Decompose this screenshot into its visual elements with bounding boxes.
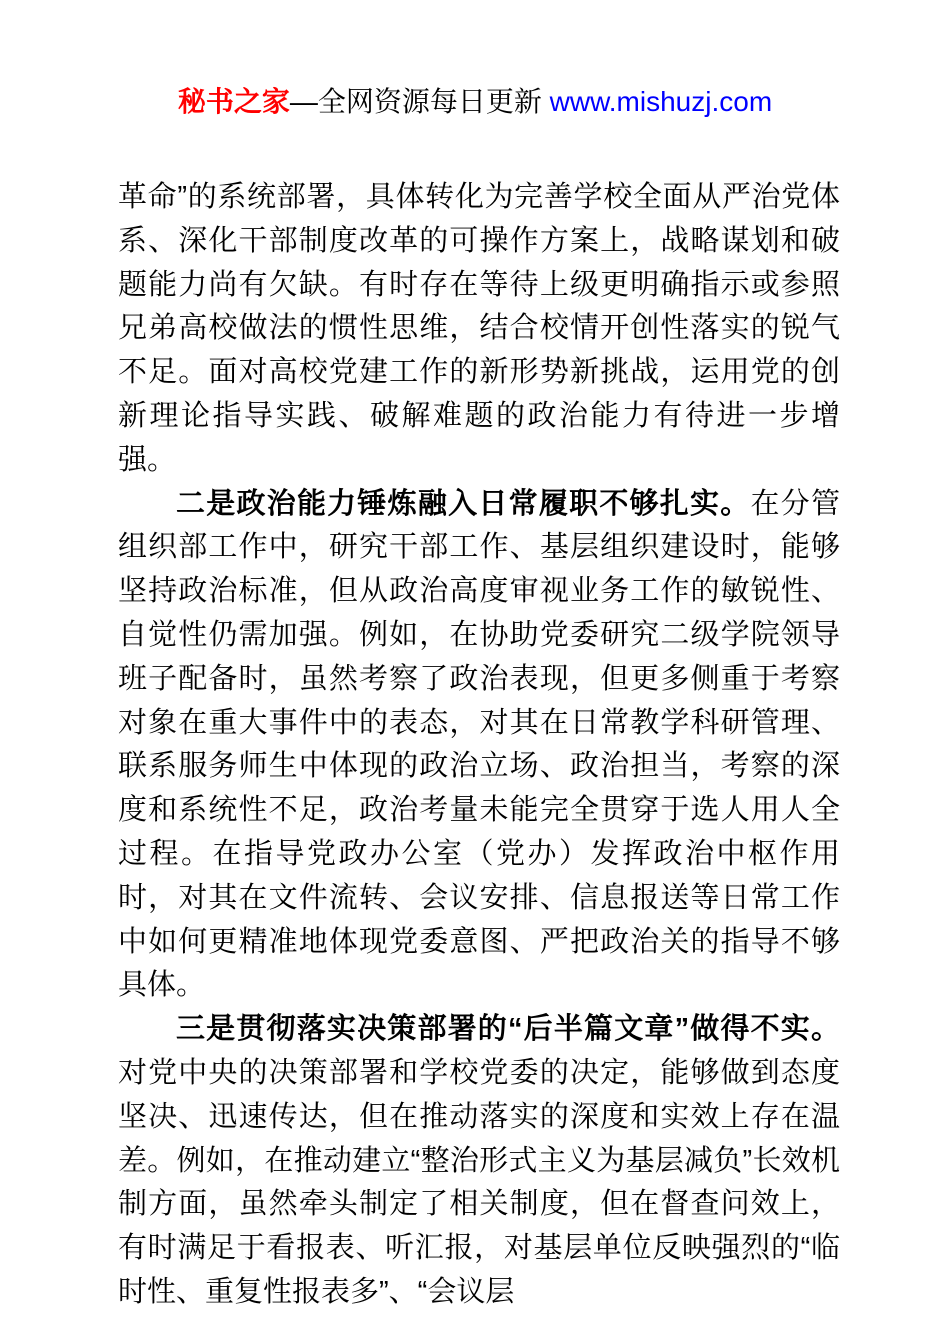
paragraph: 二是政治能力锤炼融入日常履职不够扎实。在分管组织部工作中，研究干部工作、基层组织… [118,483,840,1009]
document-body: 革命”的系统部署，具体转化为完善学校全面从严治党体系、深化干部制度改革的可操作方… [118,176,840,1315]
paragraph-text: 对党中央的决策部署和学校党委的决定，能够做到态度坚决、迅速传达，但在推动落实的深… [118,1057,840,1308]
paragraph-lead: 三是贯彻落实决策部署的“后半篇文章”做得不实。 [176,1013,840,1045]
paragraph-text: 在分管组织部工作中，研究干部工作、基层组织建设时，能够坚持政治标准，但从政治高度… [118,488,840,1002]
site-url-link[interactable]: www.mishuzj.com [550,86,772,117]
document-page: 秘书之家—全网资源每日更新 www.mishuzj.com 革命”的系统部署，具… [0,0,950,1344]
paragraph-lead: 二是政治能力锤炼融入日常履职不够扎实。 [176,488,751,520]
paragraph: 革命”的系统部署，具体转化为完善学校全面从严治党体系、深化干部制度改革的可操作方… [118,176,840,483]
paragraph-text: 革命”的系统部署，具体转化为完善学校全面从严治党体系、深化干部制度改革的可操作方… [118,181,840,476]
header-tagline: —全网资源每日更新 [290,86,550,117]
brand-name: 秘书之家 [178,86,290,117]
site-header: 秘书之家—全网资源每日更新 www.mishuzj.com [0,0,950,120]
paragraph: 三是贯彻落实决策部署的“后半篇文章”做得不实。对党中央的决策部署和学校党委的决定… [118,1008,840,1315]
